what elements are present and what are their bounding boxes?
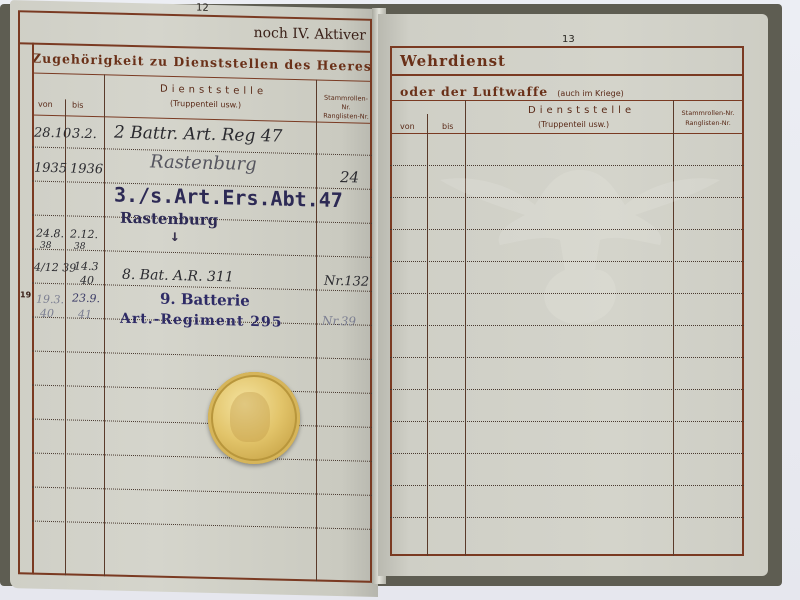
row-line — [390, 197, 744, 198]
ranglisten-label: Ranglisten-Nr. — [320, 112, 372, 122]
entry-dienststelle: 2 Battr. Art. Reg 47 — [114, 123, 282, 147]
row-line — [390, 229, 744, 230]
col-dienststelle: Dienststelle — [528, 105, 635, 116]
col-dienststelle-sub: (Truppenteil usw.) — [170, 99, 241, 110]
entry-von: 4/12 39 — [34, 261, 76, 275]
col-dienststelle-sub: (Truppenteil usw.) — [538, 120, 609, 129]
entry-von: 19.3. — [36, 293, 64, 307]
entry-nr: 24 — [340, 168, 359, 186]
entry-bis: 38 — [74, 242, 85, 252]
row-line — [390, 485, 744, 486]
divider — [390, 74, 744, 76]
row-line — [390, 453, 744, 454]
row-line — [390, 517, 744, 518]
left-page: 12 noch IV. Aktiver Zugehörigkeit zu Die… — [10, 0, 378, 597]
entry-von: 28.10. — [34, 126, 75, 142]
entry-bis: 1936 — [70, 161, 103, 177]
entry-bis: 2.12. — [70, 227, 98, 241]
entry-bis: 14.3 — [74, 260, 99, 274]
entry-dienststelle: Rastenburg — [150, 151, 257, 175]
row-line — [390, 325, 744, 326]
stammrollen-label: Stammrollen-Nr. — [320, 94, 372, 113]
right-page: 13 Wehrdienst oder der Luftwaffe (auch i… — [378, 14, 768, 576]
subtitle-text: oder der Luftwaffe — [400, 84, 548, 99]
entry-bis: 41 — [78, 308, 92, 321]
arrow-mark: ↓ — [170, 226, 180, 245]
row-line — [390, 421, 744, 422]
right-page-subtitle: oder der Luftwaffe (auch im Kriege) — [400, 81, 624, 100]
page-number-right: 13 — [562, 34, 575, 45]
eagle-watermark-icon — [435, 150, 725, 330]
entry-von: 38 — [40, 241, 51, 251]
col-bis: bis — [72, 101, 83, 110]
coin — [208, 372, 300, 464]
row-line — [390, 261, 744, 262]
column-line — [104, 74, 105, 576]
header-divider — [390, 133, 744, 134]
col-bis: bis — [442, 122, 453, 131]
row-line — [390, 165, 744, 166]
entry-dienststelle: 8. Bat. A.R. 311 — [122, 267, 234, 286]
entry-nr: Nr.39 — [322, 314, 356, 329]
row-line — [390, 357, 744, 358]
margin-number: 19 — [20, 290, 31, 299]
stamp-unit-2: 9. Batterie — [160, 290, 250, 310]
entry-von: 40 — [40, 307, 54, 320]
col-von: von — [38, 100, 53, 109]
coin-portrait — [230, 392, 270, 442]
ranglisten-label: Ranglisten-Nr. — [674, 118, 742, 128]
stammrollen-label: Stammrollen-Nr. — [674, 108, 742, 118]
entry-von: 24.8. — [36, 227, 64, 241]
entry-bis: 3.2. — [72, 127, 97, 143]
entry-bis: 23.9. — [72, 292, 100, 306]
entry-nr: Nr.132 — [324, 274, 369, 290]
entry-bis: 40 — [80, 274, 94, 287]
col-stammrollen: Stammrollen-Nr. Ranglisten-Nr. — [674, 108, 742, 128]
col-von: von — [400, 122, 415, 131]
right-page-title: Wehrdienst — [400, 52, 506, 70]
divider — [390, 100, 744, 101]
row-line — [390, 389, 744, 390]
entry-von: 1935 — [34, 161, 67, 177]
page-number-left: 12 — [196, 3, 209, 14]
column-line — [316, 79, 317, 581]
column-line — [427, 114, 428, 556]
col-stammrollen: Stammrollen-Nr. Ranglisten-Nr. — [320, 94, 372, 122]
row-line — [390, 293, 744, 294]
inner-border — [32, 43, 34, 575]
left-page-title: noch IV. Aktiver — [254, 23, 366, 44]
subtitle-note: (auch im Kriege) — [557, 89, 623, 98]
